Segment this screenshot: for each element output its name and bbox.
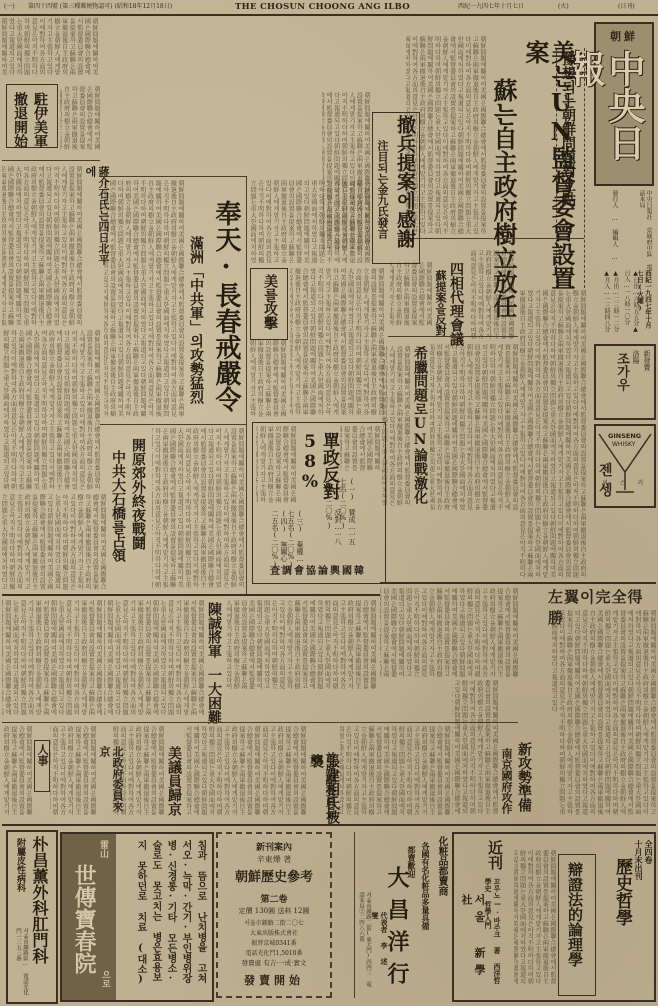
people-headline: 人事 <box>36 744 49 788</box>
sebang-tag: 으로 <box>100 970 110 1000</box>
sun-schedule: ▲日出…六時五五分▲日入…一八時一〇分 <box>622 270 640 334</box>
park-clinic-name: 朴昌薰外科肛門科 <box>30 836 48 996</box>
newspaper-page: (一) 第四十四號 (第三種郵便物認可) (昭和18年12月18日) THE C… <box>0 0 658 1006</box>
new-offensive-subhead: 南京國府攻作 <box>500 748 513 818</box>
us-member-headline: 美議員歸京 <box>166 746 182 816</box>
nameplate: 朝鮮 中央日報 <box>594 22 654 186</box>
sebang-name: 世傳寶春院 <box>72 864 96 994</box>
jiang-headline: 蔣介石氏는四日北平에 <box>84 166 110 266</box>
history-book-footer: 發賣開始 <box>218 972 330 988</box>
philosophy-book-ad: 全四卷 十月末出刊 歷史哲學 辯證法的論理學 朝鮮問題에關하여美國은國際聯合總會… <box>452 832 656 1002</box>
italy-subhead: 撤退開始 <box>12 92 28 148</box>
mukden-subhead: 滿洲「中共軍」의攻勢猛烈 <box>188 236 204 406</box>
philosophy-book-1: 辯證法的論理學 <box>566 862 583 992</box>
greek-headline: 希臘問題로UN論戰激化 <box>412 346 428 516</box>
philosophy-kicker: 近刊 <box>486 840 503 880</box>
masthead-strip: (一) 第四十四號 (第三種郵便物認可) (昭和18年12月18日) THE C… <box>0 0 658 16</box>
whisky-en-2: WHISKY <box>612 441 635 448</box>
whisky-ko-sub: 위 스 키 <box>602 478 648 487</box>
jogya-title: 조가우 <box>614 352 628 416</box>
issue-info: 第四十四號 (第三種郵便物認可) (昭和18年12月18日) <box>28 0 172 14</box>
nameplate-small: 朝鮮 <box>610 28 638 44</box>
history-book-title: 朝鮮歷史參考 <box>218 866 330 885</box>
publisher-box: 中央日報社 京城府中區 電話本局 發行人 … 編輯人 … 西紀一九四七年十月七日… <box>590 188 654 338</box>
park-clinic-address: 서울市鍾路區… 電話光化門一三五三番 <box>14 928 28 998</box>
issue-date: 西紀一九四七年十月七日 <box>458 0 524 14</box>
italy-headline: 駐伊美軍 <box>32 92 48 148</box>
new-offensive-headline: 新攻勢準備 <box>516 742 532 822</box>
nameplate-title: 中央日報 <box>602 50 644 184</box>
kaiyuan-headline: 開原郊外終夜戰鬪 <box>130 438 146 578</box>
jogya-ad: 新發賣 洛陽 조가우 <box>594 344 656 420</box>
zhang-kicker: 首席副委員長 <box>324 752 337 818</box>
withdrawal-subhead: 注目되는金九氏發言 <box>376 140 389 260</box>
kaiyuan-subhead: 中共大石橋를占領 <box>110 450 126 570</box>
philosophy-publisher: 서울 新學社 <box>460 894 486 994</box>
mukden-headline: 奉天·長春戒嚴令 <box>212 200 240 420</box>
philosophy-book-2: 歷史哲學 <box>612 858 631 988</box>
withdrawal-headline: 撤兵提案에感謝 <box>394 115 415 263</box>
us-attack-headline: 美를攻擊 <box>262 274 278 334</box>
weekday: (火) <box>558 0 569 14</box>
sebang-side: 雷山 <box>98 840 108 866</box>
poll-source: 韓國輿論協會調査 <box>270 562 366 577</box>
edition: (日刊) <box>618 0 635 14</box>
sebang-ad: 世傳寶春院 雷山 으로 침과 뜸으로 난치병을 고쳐서오·늑막·간기·부인병위장… <box>60 832 214 1002</box>
cosmetics-ad: 化粧品都賣商 各國有名化粧品多量具備 都賣歡迎 大昌洋行 代表者 李 述 燮 서… <box>354 832 449 998</box>
park-clinic-ad: 朴昌薰外科肛門科 附屬皮性病科 서울市鍾路區… 電話光化門一三五三番 <box>6 830 58 1004</box>
issue-number: (一) <box>4 0 15 14</box>
ginseng-whisky-ad: GINSENG WHISKY 젠 셍 위 스 키 <box>594 424 656 508</box>
english-title: THE CHOSUN CHOONG ANG ILBO <box>235 0 410 14</box>
publisher-info: 中央日報社 京城府中區 電話本局 <box>638 190 652 270</box>
whisky-en-1: GINSENG <box>608 432 641 440</box>
history-book-ad: 新刊案內 辛東燁 著 朝鮮歷史參考 第二卷 定價 130圓 送料 12圓 서울市… <box>216 832 332 998</box>
poll-item-2: (二) 反對…一八七名(二〇%) <box>324 478 342 548</box>
park-clinic-sub: 附屬皮性病科 <box>14 838 25 918</box>
lead-headline-1: 美는UN監督委會設置案 <box>522 40 574 310</box>
